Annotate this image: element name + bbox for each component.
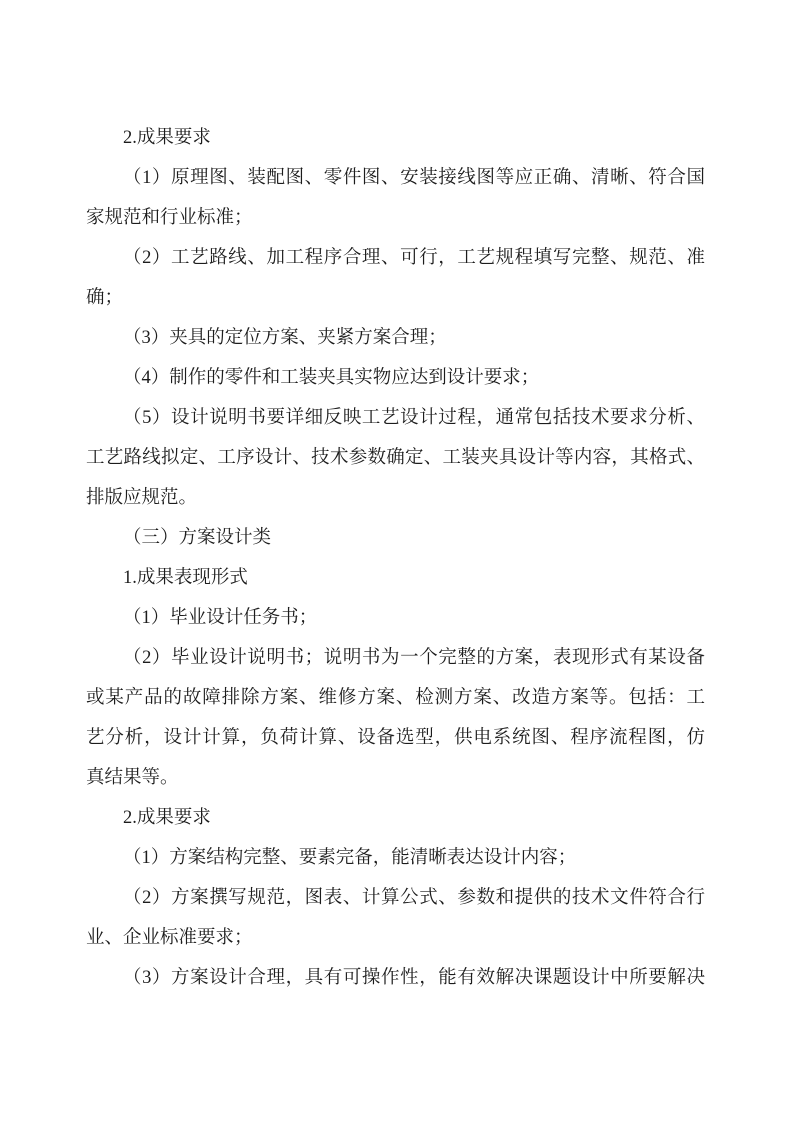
text-line: （4）制作的零件和工装夹具实物应达到设计要求； — [86, 358, 705, 398]
text-line: （2）工艺路线、加工程序合理、可行，工艺规程填写完整、规范、准 — [86, 238, 705, 278]
text-line: （3）夹具的定位方案、夹紧方案合理； — [86, 318, 705, 358]
text-line: 1.成果表现形式 — [86, 558, 705, 598]
text-line: 或某产品的故障排除方案、维修方案、检测方案、改造方案等。包括：工 — [86, 678, 705, 718]
text-line: 家规范和行业标准； — [86, 198, 705, 238]
text-line: （3）方案设计合理，具有可操作性，能有效解决课题设计中所要解决 — [86, 958, 705, 998]
text-line: 工艺路线拟定、工序设计、技术参数确定、工装夹具设计等内容，其格式、 — [86, 438, 705, 478]
text-line: 排版应规范。 — [86, 478, 705, 518]
text-line: （1）毕业设计任务书； — [86, 598, 705, 638]
document-page: 2.成果要求 （1）原理图、装配图、零件图、安装接线图等应正确、清晰、符合国 家… — [0, 0, 793, 1122]
text-line: （三）方案设计类 — [86, 518, 705, 558]
text-line: 2.成果要求 — [86, 118, 705, 158]
text-line: 真结果等。 — [86, 758, 705, 798]
text-line: （2）方案撰写规范，图表、计算公式、参数和提供的技术文件符合行 — [86, 878, 705, 918]
document-text-block: 2.成果要求 （1）原理图、装配图、零件图、安装接线图等应正确、清晰、符合国 家… — [86, 118, 705, 998]
text-line: 艺分析，设计计算，负荷计算、设备选型，供电系统图、程序流程图，仿 — [86, 718, 705, 758]
text-line: 业、企业标准要求； — [86, 918, 705, 958]
text-line: （5）设计说明书要详细反映工艺设计过程，通常包括技术要求分析、 — [86, 398, 705, 438]
text-line: （1）原理图、装配图、零件图、安装接线图等应正确、清晰、符合国 — [86, 158, 705, 198]
text-line: 2.成果要求 — [86, 798, 705, 838]
text-line: 确； — [86, 278, 705, 318]
text-line: （1）方案结构完整、要素完备，能清晰表达设计内容； — [86, 838, 705, 878]
text-line: （2）毕业设计说明书；说明书为一个完整的方案，表现形式有某设备 — [86, 638, 705, 678]
